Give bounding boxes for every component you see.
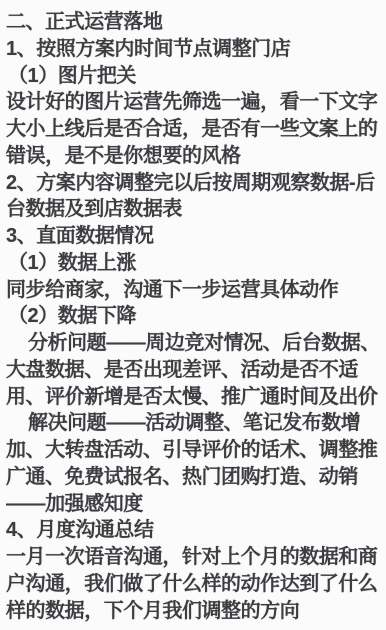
- text-line: 分析问题——周边竞对情况、后台数据、: [6, 330, 384, 357]
- text-line: 大盘数据、是否出现差评、活动是否不适: [6, 357, 384, 384]
- text-line: （2）数据下降: [6, 303, 384, 330]
- notes-document: 二、正式运营落地1、按照方案内时间节点调整门店（1）图片把关设计好的图片运营先筛…: [0, 0, 386, 630]
- text-line: 加、大转盘活动、引导评价的话术、调整推: [6, 437, 384, 464]
- text-line: 设计好的图片运营先筛选一遍，看一下文字: [6, 89, 384, 116]
- text-line: （1）数据上涨: [6, 250, 384, 277]
- text-line: 大小上线后是否合适，是否有一些文案上的: [6, 116, 384, 143]
- text-line: 一月一次语音沟通，针对上个月的数据和商: [6, 544, 384, 571]
- text-line: 1、按照方案内时间节点调整门店: [6, 36, 384, 63]
- text-line: 2、方案内容调整完以后按周期观察数据-后: [6, 170, 384, 197]
- text-line: 错误，是不是你想要的风格: [6, 143, 384, 170]
- text-line: 户沟通，我们做了什么样的动作达到了什么: [6, 571, 384, 598]
- text-line: 4、月度沟通总结: [6, 517, 384, 544]
- text-line: 解决问题——活动调整、笔记发布数增: [6, 410, 384, 437]
- text-line: 用、评价新增是否太慢、推广通时间及出价: [6, 384, 384, 411]
- text-line: 台数据及到店数据表: [6, 196, 384, 223]
- text-line: 样的数据，下个月我们调整的方向: [6, 598, 384, 625]
- text-line: 广通、免费试报名、热门团购打造、动销: [6, 464, 384, 491]
- text-line: （1）图片把关: [6, 63, 384, 90]
- text-line: 3、直面数据情况: [6, 223, 384, 250]
- text-line: 同步给商家，沟通下一步运营具体动作: [6, 277, 384, 304]
- text-line: ——加强感知度: [6, 491, 384, 518]
- text-line: 二、正式运营落地: [6, 9, 384, 36]
